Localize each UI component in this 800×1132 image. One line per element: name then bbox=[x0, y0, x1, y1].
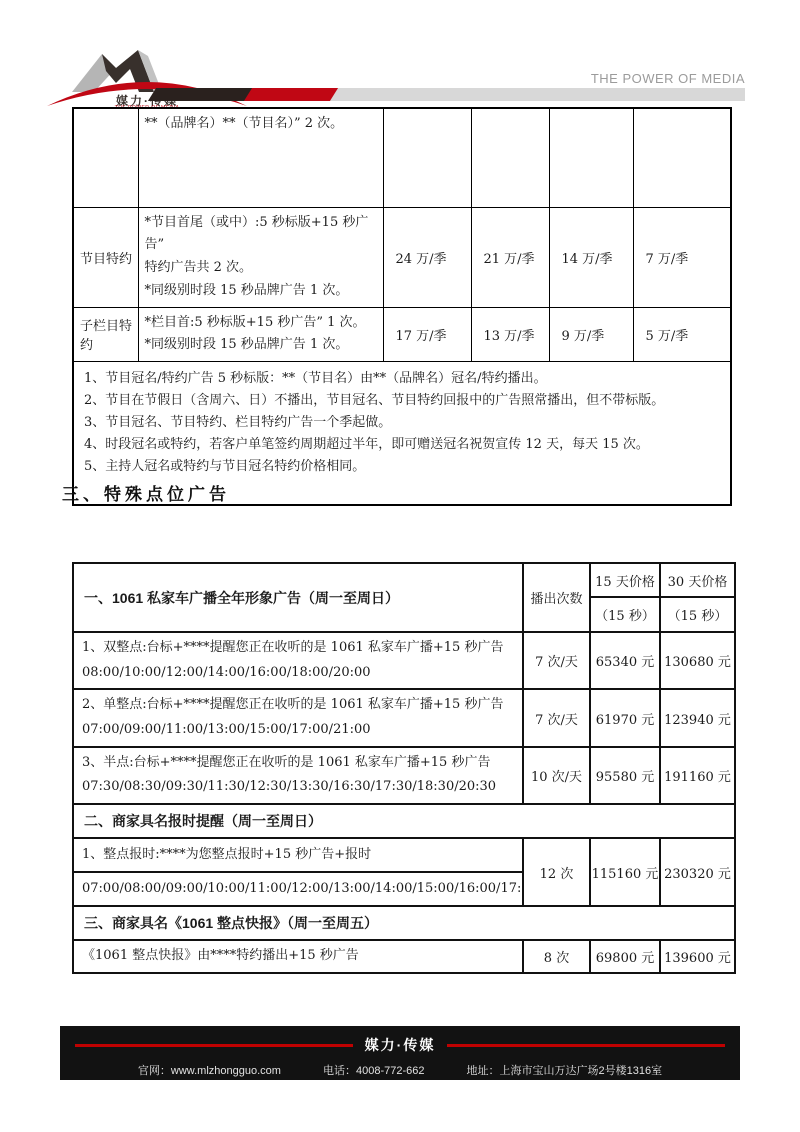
desc-line: 特约广告共 2 次。 bbox=[145, 257, 377, 280]
table-row: 2、单整点:台标+****提醒您正在收听的是 1061 私家车广播+15 秒广告… bbox=[73, 689, 735, 746]
row-desc-cell: 1、双整点:台标+****提醒您正在收听的是 1061 私家车广播+15 秒广告… bbox=[73, 632, 523, 689]
stripe-black-segment bbox=[148, 88, 256, 101]
section3-title-cell: 三、商家具名《1061 整点快报》（周一至周五） bbox=[73, 906, 735, 940]
price30-cell: 139600 元 bbox=[660, 940, 735, 973]
row-desc-cell: *栏目首:5 秒标版+15 秒广告” 1 次。 *同级别时段 15 秒品牌广告 … bbox=[138, 307, 383, 362]
footer-contacts: 官网：www.mlzhongguo.com 电话：4008-772-662 地址… bbox=[60, 1062, 740, 1078]
price15-cell: 61970 元 bbox=[590, 689, 660, 746]
note-line: 3、节目冠名、节目特约、栏目特约广告一个季起做。 bbox=[84, 412, 720, 434]
row-desc-cell: *节目首尾（或中）:5 秒标版+15 秒广告” 特约广告共 2 次。 *同级别时… bbox=[138, 207, 383, 307]
price30-unit-cell: （15 秒） bbox=[660, 597, 735, 632]
company-logo: 媒力·传媒 THE POWER OF MEDIA bbox=[42, 46, 257, 112]
desc-line: *同级别时段 15 秒品牌广告 1 次。 bbox=[145, 334, 377, 357]
section-header-row: 二、商家具名报时提醒（周一至周日） bbox=[73, 804, 735, 838]
note-line: 5、主持人冠名或特约与节目冠名特约价格相同。 bbox=[84, 456, 720, 478]
price-cell: 5 万/季 bbox=[633, 307, 731, 362]
price-cell: 7 万/季 bbox=[633, 207, 731, 307]
footer-brand-line: 媒力·传媒 bbox=[60, 1026, 740, 1055]
note-line: 2、节目在节假日（含周六、日）不播出，节目冠名、节目特约回报中的广告照常播出，但… bbox=[84, 390, 720, 412]
price15-cell: 115160 元 bbox=[590, 838, 660, 906]
price15-cell: 65340 元 bbox=[590, 632, 660, 689]
price-cell: 13 万/季 bbox=[471, 307, 549, 362]
price15-cell: 95580 元 bbox=[590, 747, 660, 804]
note-line: 4、时段冠名或特约，若客户单笔签约周期超过半年，即可赠送冠名祝贺宣传 12 天，… bbox=[84, 434, 720, 456]
table-title-cell: 一、1061 私家车广播全年形象广告（周一至周日） bbox=[73, 563, 523, 632]
row-label-cell: 节目特约 bbox=[73, 207, 138, 307]
price15-cell: 69800 元 bbox=[590, 940, 660, 973]
row-label-cell: 子栏目特约 bbox=[73, 307, 138, 362]
row-desc-cell: **（品牌名）**（节目名）” 2 次。 bbox=[138, 108, 383, 207]
count-cell: 7 次/天 bbox=[523, 689, 590, 746]
footer-brand-name: 媒力·传媒 bbox=[365, 1035, 436, 1055]
page-footer: 媒力·传媒 官网：www.mlzhongguo.com 电话：4008-772-… bbox=[60, 1026, 740, 1080]
count-cell: 12 次 bbox=[523, 838, 590, 906]
price-cell bbox=[633, 108, 731, 207]
row-label-cell bbox=[73, 108, 138, 207]
table-row: 3、半点:台标+****提醒您正在收听的是 1061 私家车广播+15 秒广告 … bbox=[73, 747, 735, 804]
row-times-cell: 07:00/08:00/09:00/10:00/11:00/12:00/13:0… bbox=[73, 872, 523, 906]
price-cell bbox=[383, 108, 471, 207]
price30-cell: 230320 元 bbox=[660, 838, 735, 906]
desc-line: 1、双整点:台标+****提醒您正在收听的是 1061 私家车广播+15 秒广告 bbox=[82, 636, 514, 661]
price-cell: 14 万/季 bbox=[549, 207, 633, 307]
desc-line: 07:00/09:00/11:00/13:00/15:00/17:00/21:0… bbox=[82, 718, 514, 743]
price30-cell: 191160 元 bbox=[660, 747, 735, 804]
table-row: 1、双整点:台标+****提醒您正在收听的是 1061 私家车广播+15 秒广告… bbox=[73, 632, 735, 689]
price15-unit-cell: （15 秒） bbox=[590, 597, 660, 632]
desc-line: 08:00/10:00/12:00/14:00/16:00/18:00/20:0… bbox=[82, 661, 514, 686]
price-cell: 17 万/季 bbox=[383, 307, 471, 362]
count-cell: 10 次/天 bbox=[523, 747, 590, 804]
note-line: 1、节目冠名/特约广告 5 秒标版：**（节目名）由**（品牌名）冠名/特约播出… bbox=[84, 368, 720, 390]
desc-line: 3、半点:台标+****提醒您正在收听的是 1061 私家车广播+15 秒广告 bbox=[82, 751, 514, 776]
row-desc-cell: 2、单整点:台标+****提醒您正在收听的是 1061 私家车广播+15 秒广告… bbox=[73, 689, 523, 746]
stripe-gray-segment bbox=[320, 88, 745, 101]
price15-header-cell: 15 天价格 bbox=[590, 563, 660, 597]
desc-line: *栏目首:5 秒标版+15 秒广告” 1 次。 bbox=[145, 312, 377, 335]
table-row: **（品牌名）**（节目名）” 2 次。 bbox=[73, 108, 731, 207]
count-cell: 8 次 bbox=[523, 940, 590, 973]
section2-title-cell: 二、商家具名报时提醒（周一至周日） bbox=[73, 804, 735, 838]
row-desc-cell: 3、半点:台标+****提醒您正在收听的是 1061 私家车广播+15 秒广告 … bbox=[73, 747, 523, 804]
table-row: 节目特约 *节目首尾（或中）:5 秒标版+15 秒广告” 特约广告共 2 次。 … bbox=[73, 207, 731, 307]
document-page: 媒力·传媒 THE POWER OF MEDIA THE POWER OF ME… bbox=[0, 0, 800, 1132]
table-row: 1、整点报时:****为您整点报时+15 秒广告+报时 12 次 115160 … bbox=[73, 838, 735, 872]
row-desc-cell: 1、整点报时:****为您整点报时+15 秒广告+报时 bbox=[73, 838, 523, 872]
price30-cell: 130680 元 bbox=[660, 632, 735, 689]
price-cell: 9 万/季 bbox=[549, 307, 633, 362]
table-row: 《1061 整点快报》由****特约播出+15 秒广告 8 次 69800 元 … bbox=[73, 940, 735, 973]
price-cell: 21 万/季 bbox=[471, 207, 549, 307]
stripe-red-segment bbox=[244, 88, 338, 101]
desc-line: *同级别时段 15 秒品牌广告 1 次。 bbox=[145, 280, 377, 303]
header-stripe bbox=[150, 88, 745, 101]
footer-red-rule-right bbox=[447, 1044, 725, 1047]
price-cell: 24 万/季 bbox=[383, 207, 471, 307]
footer-website: 官网：www.mlzhongguo.com bbox=[138, 1062, 281, 1078]
table-header-row: 一、1061 私家车广播全年形象广告（周一至周日） 播出次数 15 天价格 30… bbox=[73, 563, 735, 597]
price30-cell: 123940 元 bbox=[660, 689, 735, 746]
section-title: 三、特殊点位广告 bbox=[62, 480, 230, 505]
count-cell: 7 次/天 bbox=[523, 632, 590, 689]
count-header-cell: 播出次数 bbox=[523, 563, 590, 632]
header-tagline: THE POWER OF MEDIA bbox=[591, 71, 745, 86]
special-position-ads-table: 一、1061 私家车广播全年形象广告（周一至周日） 播出次数 15 天价格 30… bbox=[72, 562, 736, 974]
footer-red-rule-left bbox=[75, 1044, 353, 1047]
desc-line: 2、单整点:台标+****提醒您正在收听的是 1061 私家车广播+15 秒广告 bbox=[82, 693, 514, 718]
desc-line: *节目首尾（或中）:5 秒标版+15 秒广告” bbox=[145, 212, 377, 258]
table-row: 子栏目特约 *栏目首:5 秒标版+15 秒广告” 1 次。 *同级别时段 15 … bbox=[73, 307, 731, 362]
footer-address: 地址：上海市宝山万达广场2号楼1316室 bbox=[466, 1062, 662, 1078]
price-cell bbox=[471, 108, 549, 207]
row-desc-cell: 《1061 整点快报》由****特约播出+15 秒广告 bbox=[73, 940, 523, 973]
footer-phone: 电话：4008-772-662 bbox=[323, 1062, 425, 1078]
desc-line: 07:30/08:30/09:30/11:30/12:30/13:30/16:3… bbox=[82, 775, 514, 800]
sponsorship-price-table: **（品牌名）**（节目名）” 2 次。 节目特约 *节目首尾（或中）:5 秒标… bbox=[72, 107, 732, 506]
price30-header-cell: 30 天价格 bbox=[660, 563, 735, 597]
section-header-row: 三、商家具名《1061 整点快报》（周一至周五） bbox=[73, 906, 735, 940]
price-cell bbox=[549, 108, 633, 207]
